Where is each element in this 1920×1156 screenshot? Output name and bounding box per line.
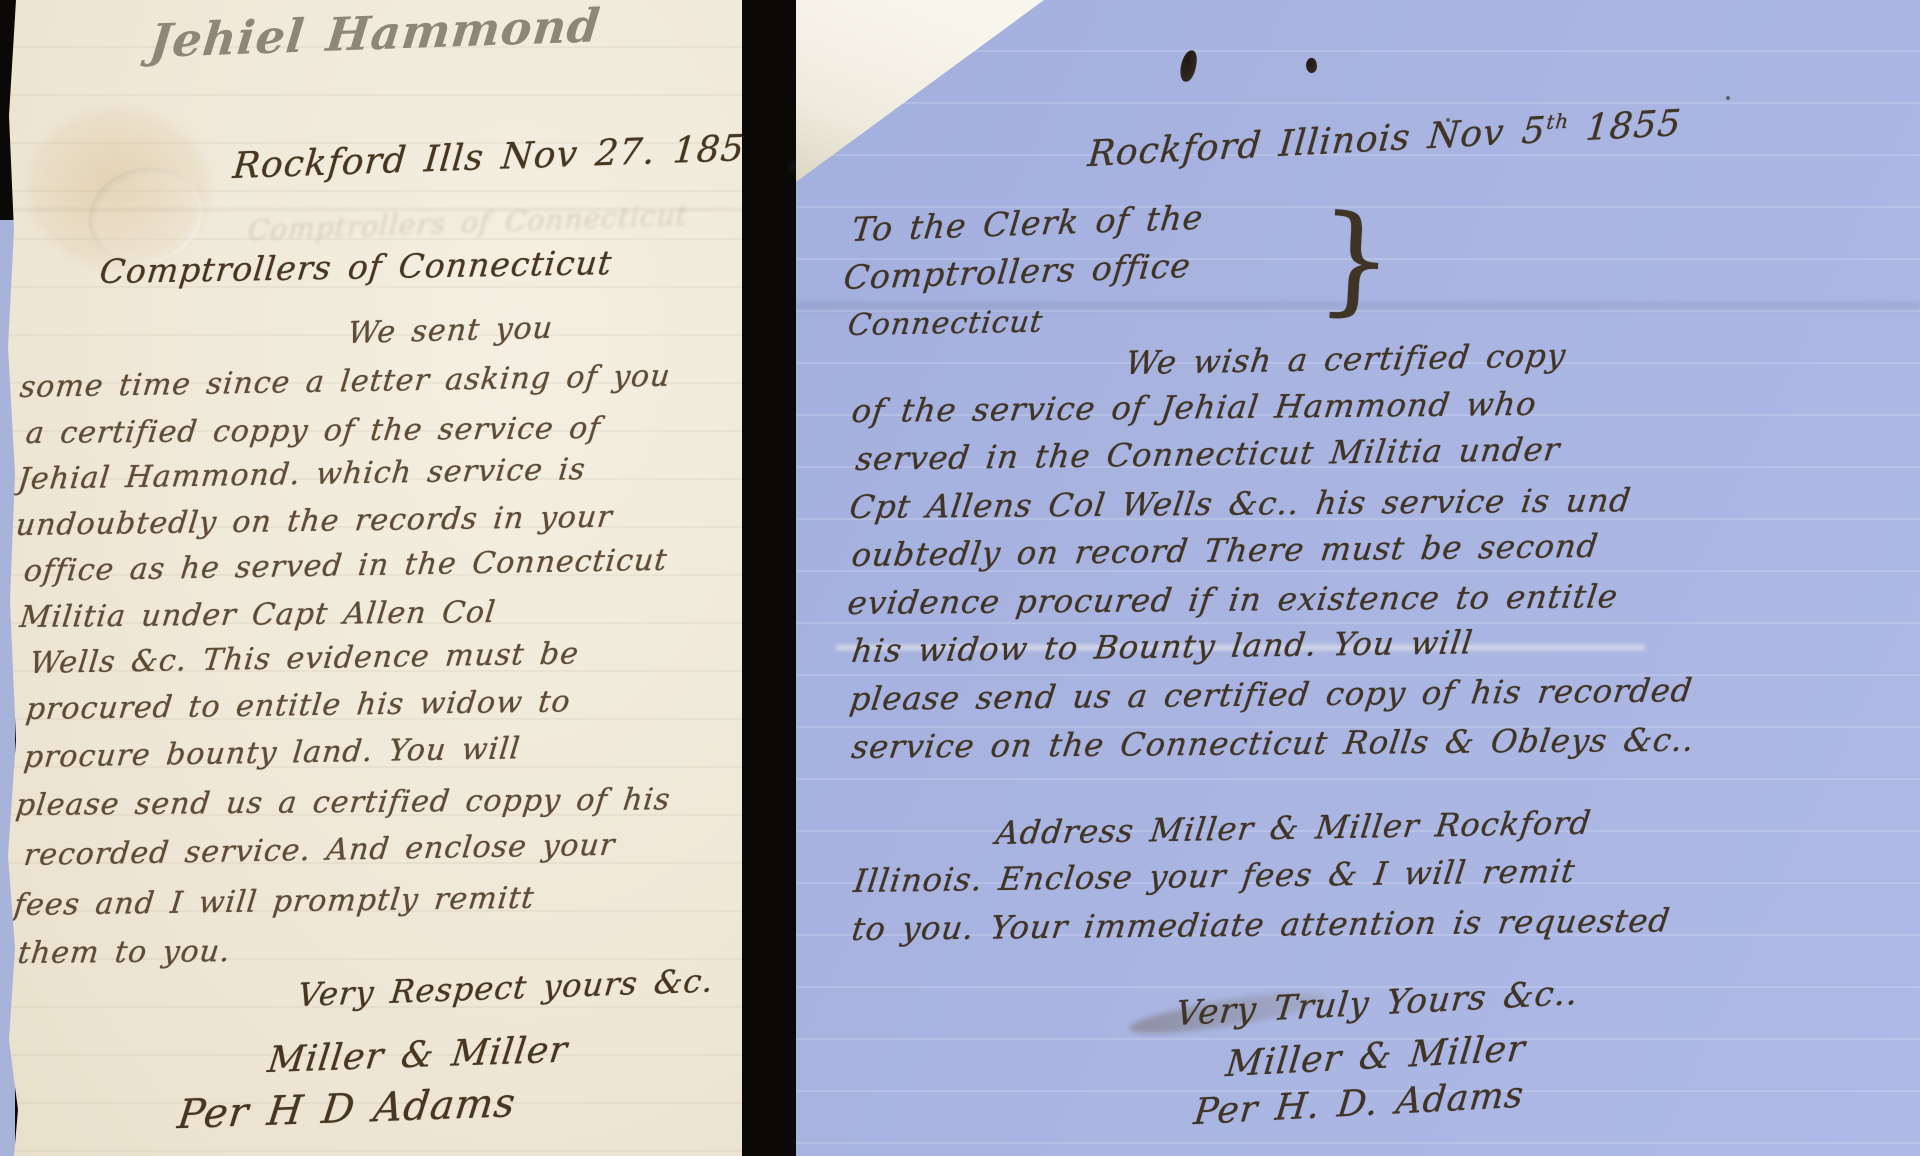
body-line: procure bounty land. You will [22,731,522,775]
ink-offset-ghost: Comptrollers of Connecticut [247,199,690,247]
salutation: Comptrollers of Connecticut [98,243,614,291]
body-line: Jehial Hammond. which service is [16,452,587,497]
ink-blot [1179,49,1199,83]
body-line: fees and I will promptly remitt [12,881,536,923]
signature: Miller & Miller [265,1029,570,1081]
dateline-text: Rockford Illinois Nov 5 [1086,110,1547,175]
address-line: To the Clerk of the [850,198,1205,249]
body-line: Illinois. Enclose your fees & I will rem… [852,852,1578,900]
address-line: Connecticut [846,305,1045,343]
photograph-of-letters: Jehiel Hammond Rockford Ills Nov 27. 185… [0,0,1920,1156]
left-letter-sheet: Jehiel Hammond Rockford Ills Nov 27. 185… [0,0,742,1156]
body-line: We wish a certified copy [1124,336,1569,382]
ink-blot [1305,57,1319,74]
body-line: please send us a certified copy of his r… [848,671,1695,718]
body-line: please send us a certified coppy of his [14,782,672,823]
body-line: oubtedly on record There must be second [850,527,1601,574]
body-line: Wells &c. This evidence must be [28,636,581,681]
dateline: Rockford Ills Nov 27. 1855 [231,127,770,187]
dateline: Rockford Illinois Nov 5th 1855 [1086,103,1683,175]
address-brace: } [1314,188,1397,330]
folded-corner [796,0,1046,182]
body-line: them to you. [16,934,233,971]
body-line: Cpt Allens Col Wells &c.. his service is… [847,481,1633,526]
docket-title: Jehiel Hammond [147,0,603,68]
closing: Very Truly Yours &c.. [1174,973,1581,1034]
right-letter-sheet: Rockford Illinois Nov 5th 1855 To the Cl… [796,0,1920,1156]
body-line: Address Miller & Miller Rockford [994,804,1594,852]
body-line: service on the Connecticut Rolls & Obley… [849,721,1696,766]
body-line: of the service of Jehial Hammond who [850,385,1540,430]
signed-per: Per H D Adams [175,1080,518,1138]
ink-speck [1726,96,1730,100]
body-line: Militia under Capt Allen Col [18,595,498,635]
body-line: procured to entitle his widow to [24,684,572,727]
body-line: some time since a letter asking of you [18,359,672,405]
body-line: undoubtedly on the records in your [14,500,614,543]
body-line: to you. Your immediate attention is requ… [850,901,1673,948]
address-line: Comptrollers office [842,246,1193,297]
body-line: recorded service. And enclose your [22,828,617,873]
body-line: served in the Connecticut Militia under [854,430,1563,478]
body-line: evidence procured if in existence to ent… [845,577,1620,622]
dateline-superscript: th [1545,110,1570,134]
body-line: office as he served in the Connecticut [22,543,669,589]
closing: Very Respect yours &c. [296,961,716,1014]
body-line: We sent you [346,311,554,351]
dateline-year: 1855 [1584,103,1683,149]
body-line: his widow to Bounty land. You will [850,623,1476,670]
body-line: a certified coppy of the service of [24,411,603,451]
